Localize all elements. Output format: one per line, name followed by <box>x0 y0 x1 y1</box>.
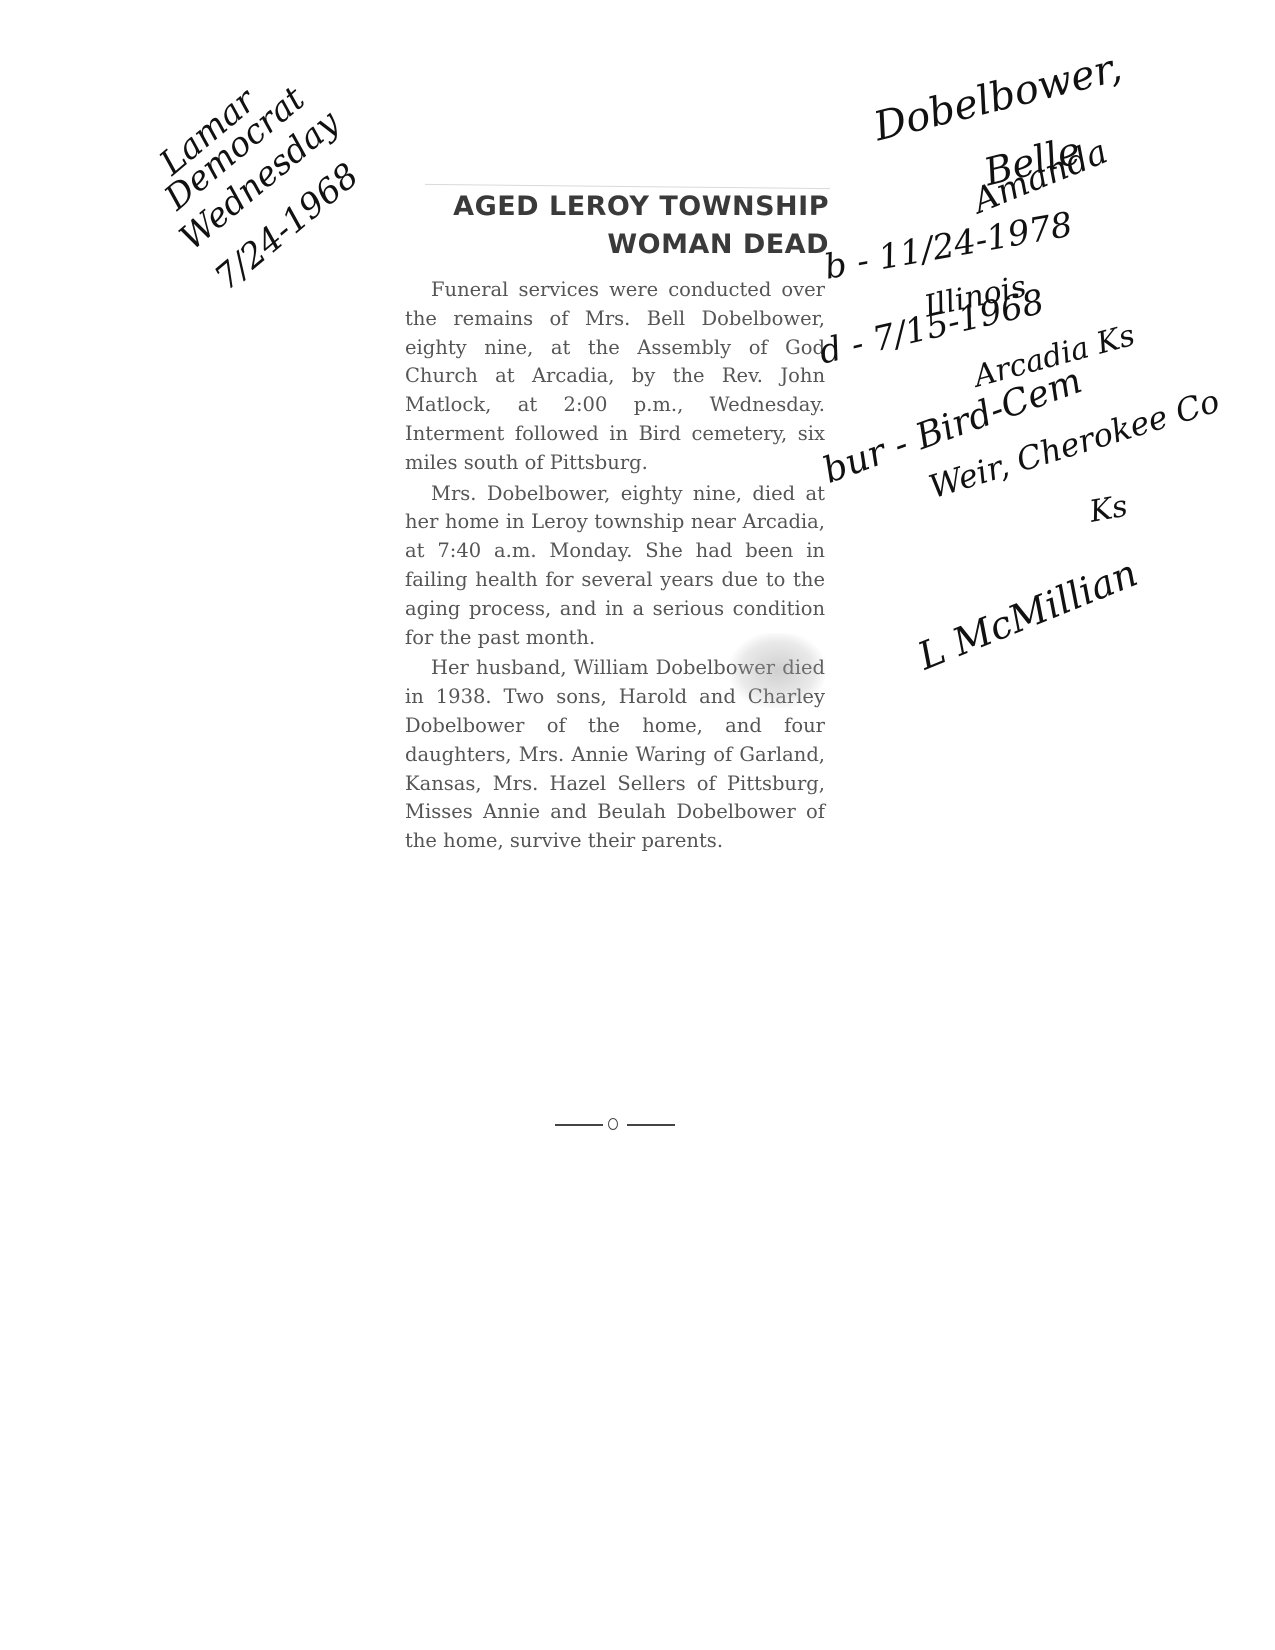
headline: AGED LEROY TOWNSHIP WOMAN DEAD <box>429 188 829 264</box>
paper-smudge <box>730 633 825 708</box>
separator-circle <box>608 1118 618 1130</box>
newspaper-clipping: AGED LEROY TOWNSHIP WOMAN DEAD Funeral s… <box>405 178 835 1158</box>
article-paragraph: Mrs. Dobelbower, eighty nine, died at he… <box>405 480 825 653</box>
document-page: Lamar Democrat Wednesday 7/24-1968 AGED … <box>0 0 1275 1650</box>
end-separator <box>555 1118 675 1132</box>
article-body: Funeral services were conducted over the… <box>405 276 825 856</box>
record-contributor: L McMillian <box>913 554 1142 674</box>
record-buried-state: Ks <box>1087 489 1130 531</box>
record-surname: Dobelbower, <box>871 49 1125 145</box>
headline-line1: AGED LEROY TOWNSHIP <box>429 188 829 226</box>
record-born: b - 11/24-1978 <box>822 207 1075 286</box>
headline-line2: WOMAN DEAD <box>429 226 829 264</box>
separator-line <box>555 1124 603 1126</box>
article-paragraph: Funeral services were conducted over the… <box>405 276 825 478</box>
separator-line <box>627 1124 675 1126</box>
